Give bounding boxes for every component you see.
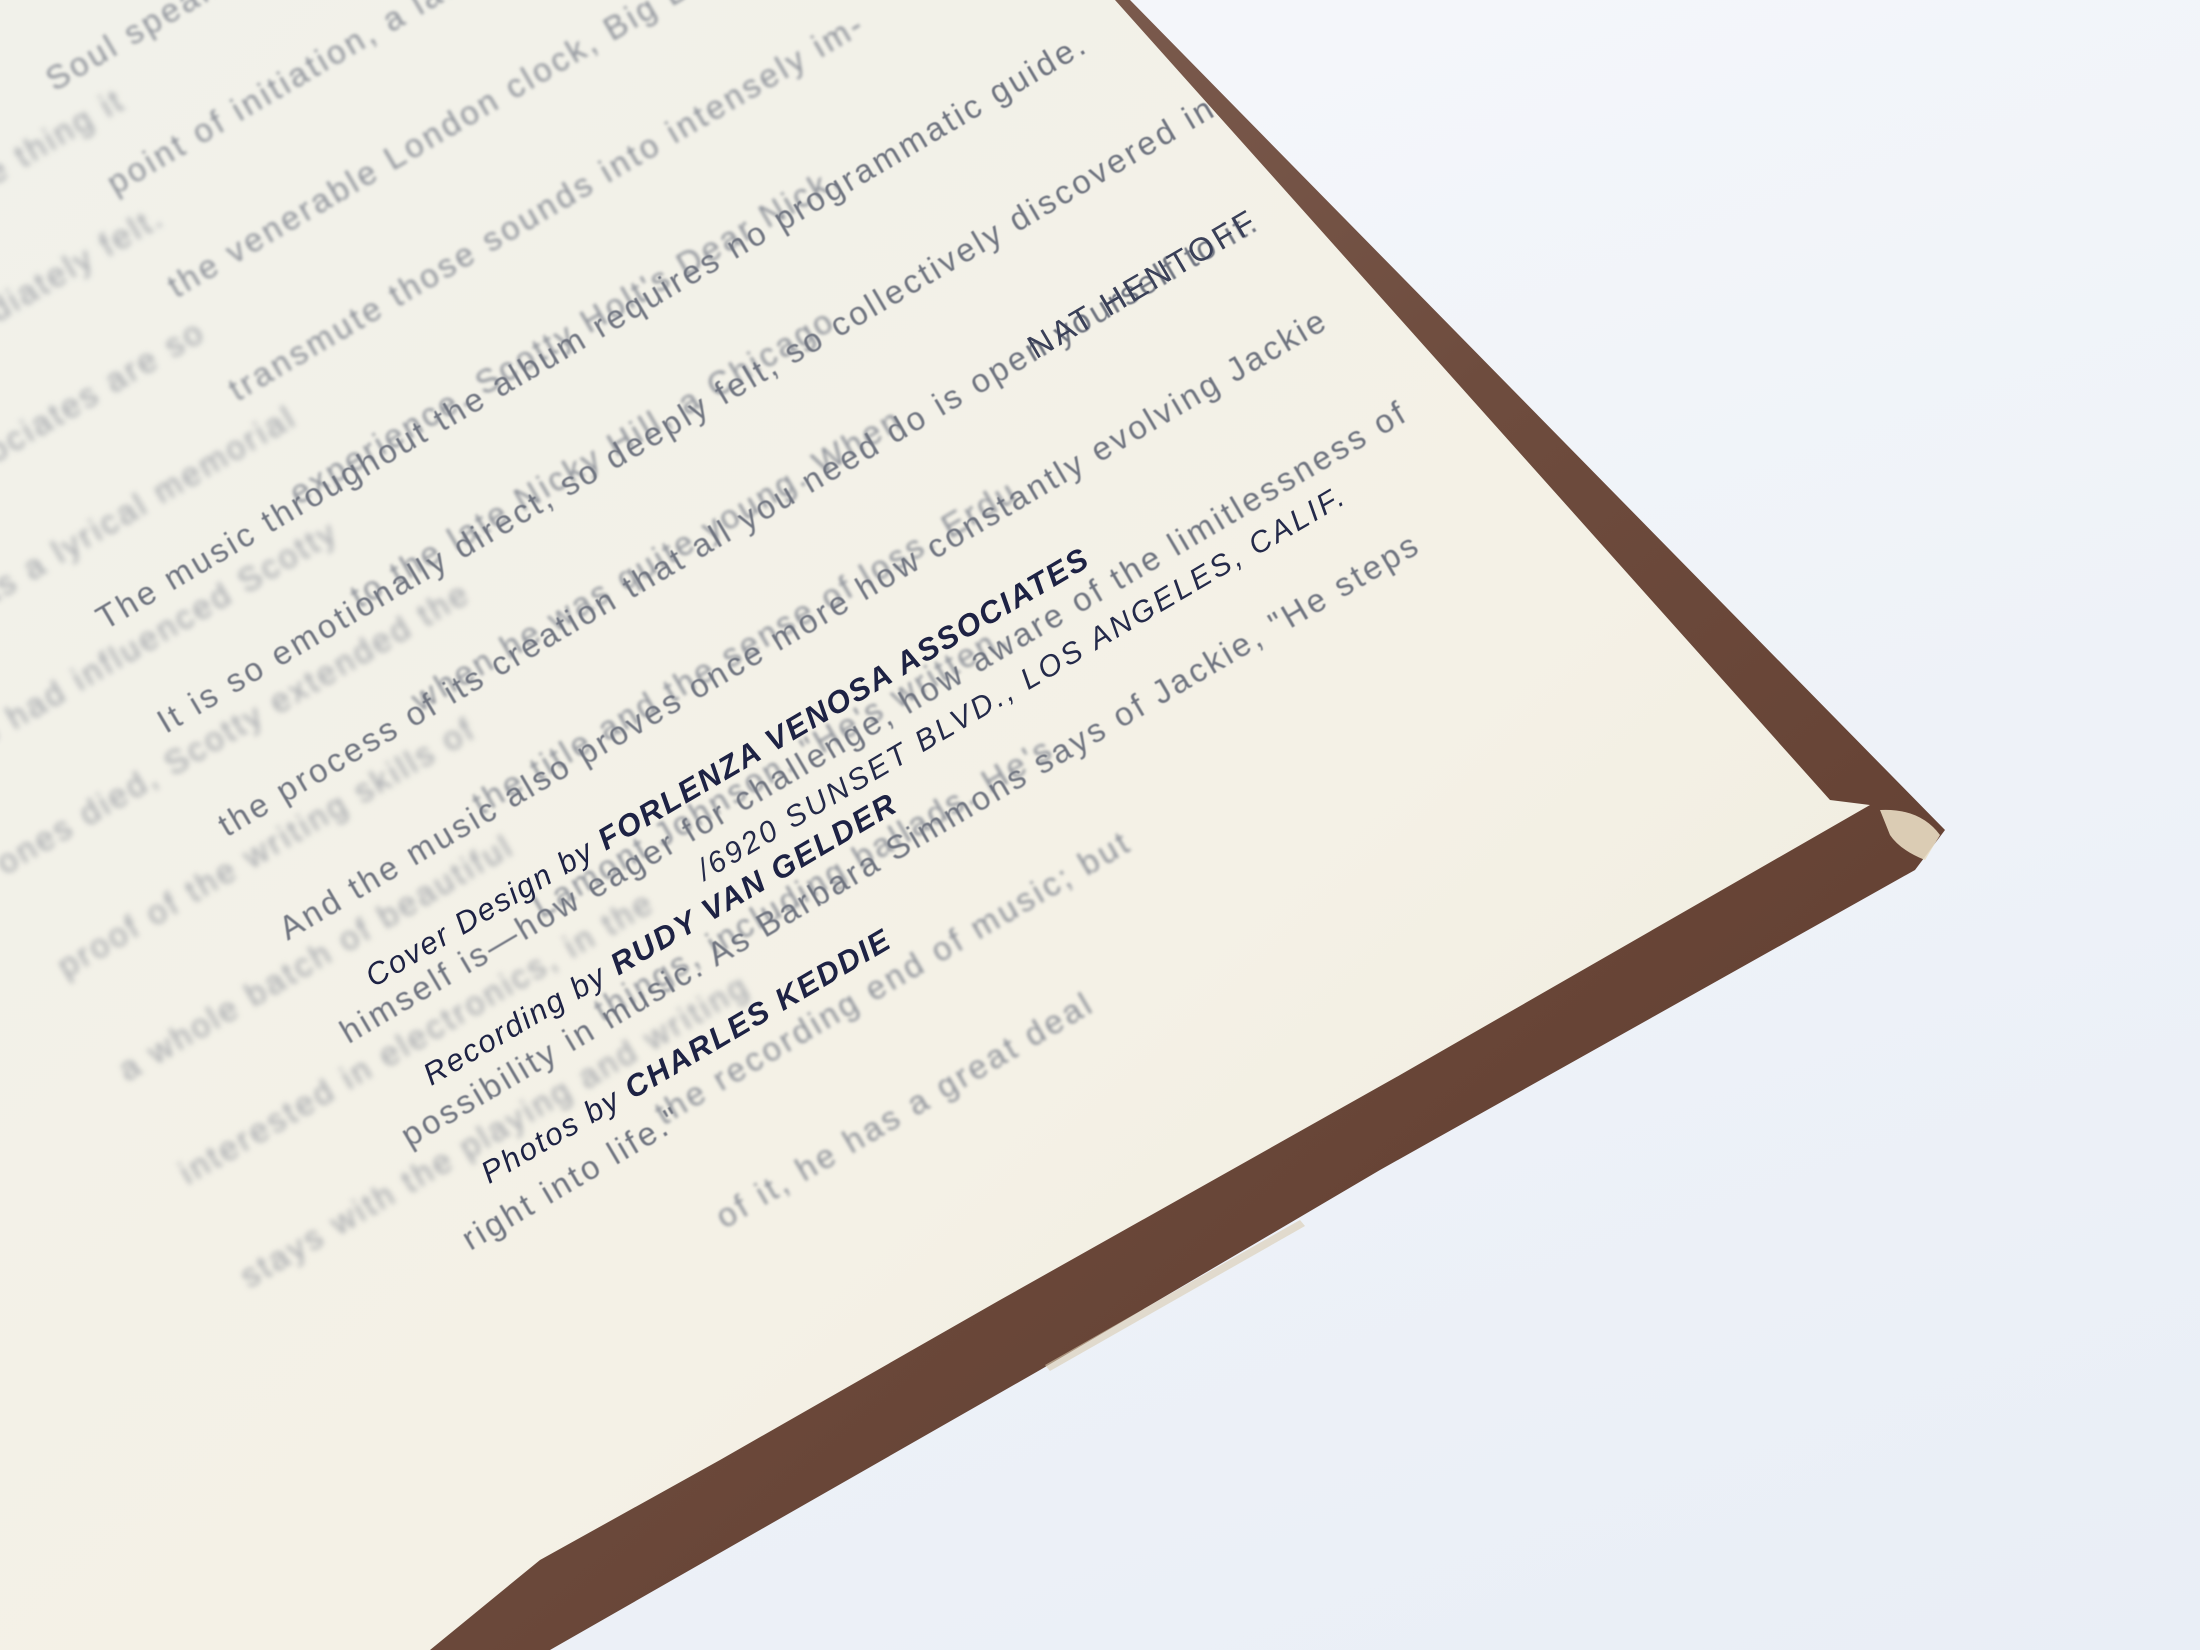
credit-role: Recording by bbox=[417, 957, 613, 1092]
credit-role: Photos by bbox=[475, 1081, 627, 1190]
credit-role: Cover Design by bbox=[359, 832, 600, 994]
